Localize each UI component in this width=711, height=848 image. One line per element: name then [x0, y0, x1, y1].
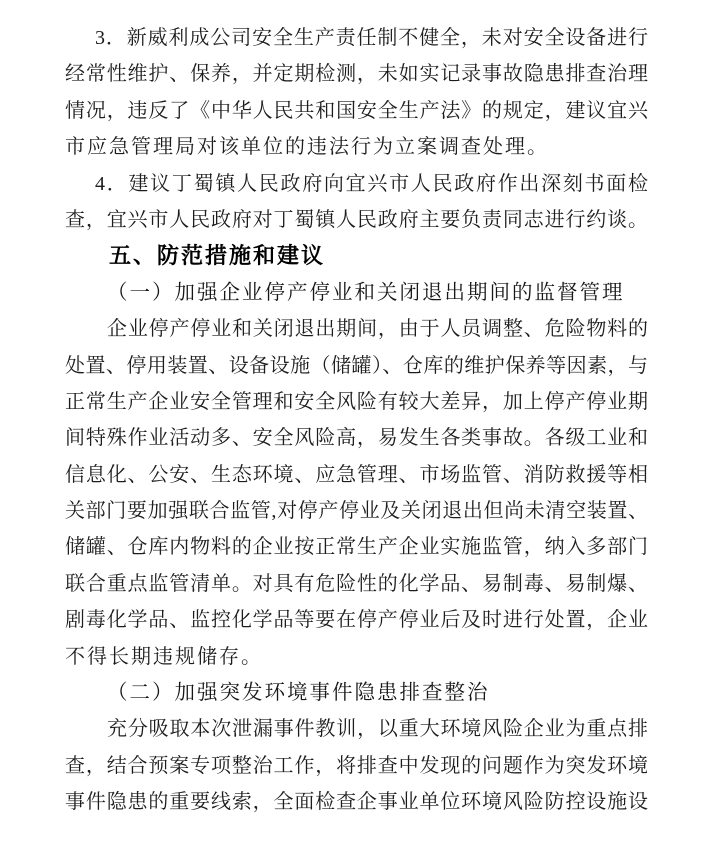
subsection-heading-text: （二）加强突发环境事件隐患排查整治	[65, 675, 648, 711]
text-line: 事件隐患的重要线索，全面检查企事业单位环境风险防控设施设	[65, 784, 648, 820]
paragraph-supervision: 企业停产停业和关闭退出期间，由于人员调整、危险物料的 处置、停用装置、设备设施（…	[65, 311, 648, 675]
section-heading-text: 五、防范措施和建议	[65, 238, 648, 274]
text-line: 市应急管理局对该单位的违法行为立案调查处理。	[65, 129, 648, 165]
text-line: 不得长期违规储存。	[65, 639, 648, 675]
text-line: 关部门要加强联合监管,对停产停业及关闭退出但尚未清空装置、	[65, 493, 648, 529]
text-line: 企业停产停业和关闭退出期间，由于人员调整、危险物料的	[65, 311, 648, 347]
paragraph-environment: 充分吸取本次泄漏事件教训，以重大环境风险企业为重点排 查，结合预案专项整治工作，…	[65, 711, 648, 820]
section-heading-5: 五、防范措施和建议	[65, 238, 648, 274]
text-line: 正常生产企业安全管理和安全风险有较大差异，加上停产停业期	[65, 384, 648, 420]
text-line: 剧毒化学品、监控化学品等要在停产停业后及时进行处置，企业	[65, 602, 648, 638]
subsection-heading-1: （一）加强企业停产停业和关闭退出期间的监督管理	[65, 275, 648, 311]
text-line: 4．建议丁蜀镇人民政府向宜兴市人民政府作出深刻书面检	[65, 166, 648, 202]
text-line: 信息化、公安、生态环境、应急管理、市场监管、消防救援等相	[65, 457, 648, 493]
paragraph-item-4: 4．建议丁蜀镇人民政府向宜兴市人民政府作出深刻书面检 查，宜兴市人民政府对丁蜀镇…	[65, 166, 648, 239]
paragraph-item-3: 3．新威利成公司安全生产责任制不健全，未对安全设备进行 经常性维护、保养，并定期…	[65, 20, 648, 166]
text-line: 情况，违反了《中华人民共和国安全生产法》的规定，建议宜兴	[65, 93, 648, 129]
text-line: 查，结合预案专项整治工作，将排查中发现的问题作为突发环境	[65, 748, 648, 784]
text-line: 经常性维护、保养，并定期检测，未如实记录事故隐患排查治理	[65, 56, 648, 92]
text-line: 充分吸取本次泄漏事件教训，以重大环境风险企业为重点排	[65, 711, 648, 747]
text-column: 3．新威利成公司安全生产责任制不健全，未对安全设备进行 经常性维护、保养，并定期…	[65, 20, 648, 821]
text-line: 储罐、仓库内物料的企业按正常生产企业实施监管，纳入多部门	[65, 529, 648, 565]
text-line: 联合重点监管清单。对具有危险性的化学品、易制毒、易制爆、	[65, 566, 648, 602]
text-line: 处置、停用装置、设备设施（储罐）、仓库的维护保养等因素，与	[65, 348, 648, 384]
document-page: 3．新威利成公司安全生产责任制不健全，未对安全设备进行 经常性维护、保养，并定期…	[0, 0, 711, 848]
subsection-heading-text: （一）加强企业停产停业和关闭退出期间的监督管理	[65, 275, 648, 311]
text-line: 查，宜兴市人民政府对丁蜀镇人民政府主要负责同志进行约谈。	[65, 202, 648, 238]
subsection-heading-2: （二）加强突发环境事件隐患排查整治	[65, 675, 648, 711]
text-line: 间特殊作业活动多、安全风险高，易发生各类事故。各级工业和	[65, 420, 648, 456]
text-line: 3．新威利成公司安全生产责任制不健全，未对安全设备进行	[65, 20, 648, 56]
